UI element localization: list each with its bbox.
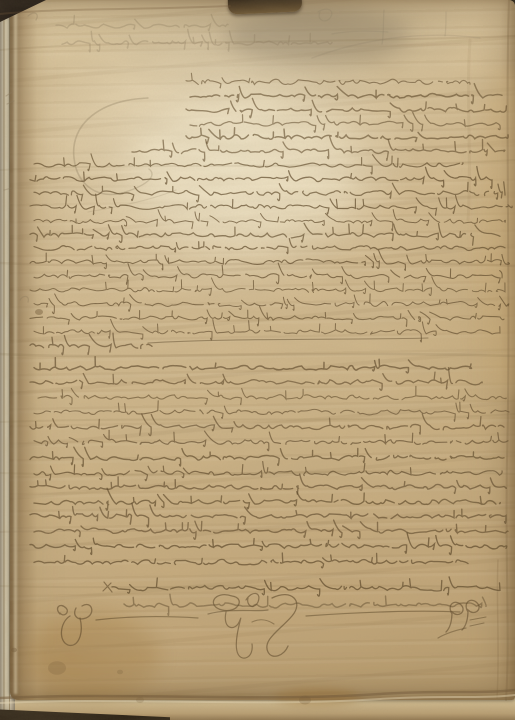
manuscript-scan	[0, 0, 515, 720]
ink-layer	[0, 0, 515, 720]
scan-grain-texture	[0, 0, 515, 720]
